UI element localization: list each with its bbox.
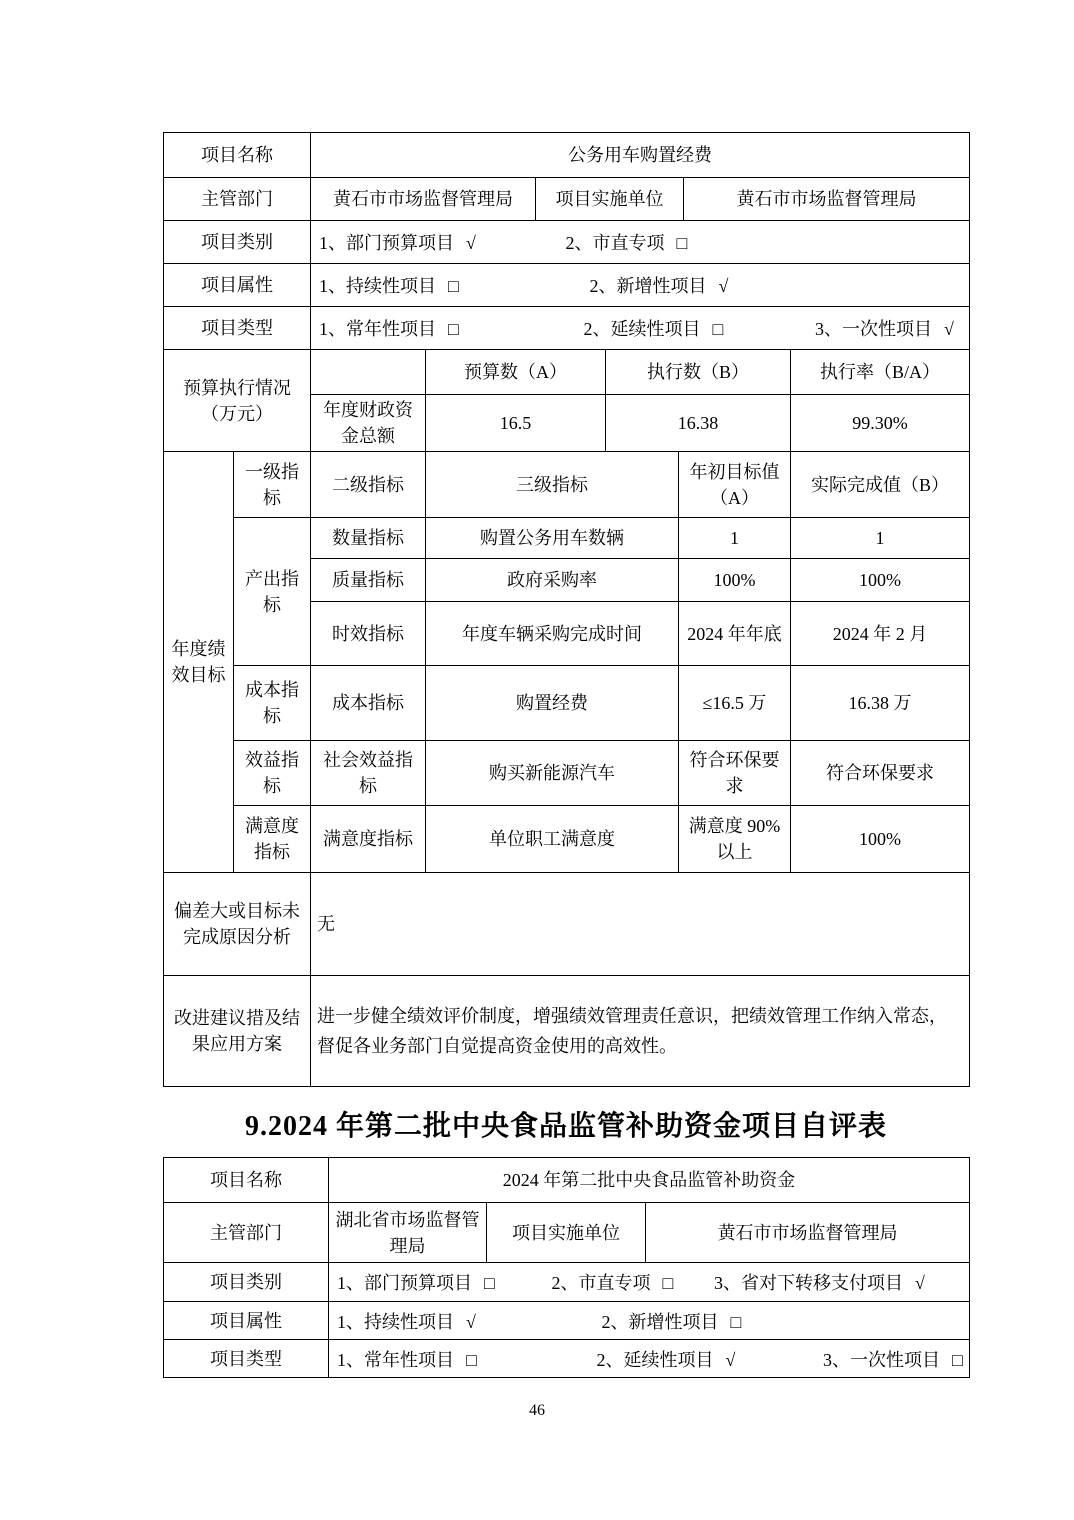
checkbox-option: 1、部门预算项目□ bbox=[337, 1270, 547, 1296]
indicator-actual: 16.38 万 bbox=[791, 666, 970, 741]
option-label: 3、省对下转移支付项目 bbox=[714, 1273, 903, 1293]
project-name-value: 2024 年第二批中央食品监管补助资金 bbox=[329, 1158, 970, 1203]
checkbox-mark: □ bbox=[952, 1350, 963, 1370]
table-row: 年度绩效目标 一级指标 二级指标 三级指标 年初目标值（A） 实际完成值（B） bbox=[164, 452, 970, 518]
performance-group-label: 年度绩效目标 bbox=[164, 452, 234, 873]
option-label: 2、新增性项目 bbox=[590, 276, 707, 296]
indicator-level3: 购买新能源汽车 bbox=[426, 741, 679, 806]
indicator-target: ≤16.5 万 bbox=[679, 666, 791, 741]
option-label: 2、延续性项目 bbox=[584, 319, 701, 339]
budget-col-header: 执行率（B/A） bbox=[791, 350, 970, 395]
checkbox-mark: □ bbox=[484, 1273, 495, 1293]
option-label: 2、延续性项目 bbox=[597, 1350, 714, 1370]
indicator-target: 2024 年年底 bbox=[679, 602, 791, 666]
indicator-level3: 购置经费 bbox=[426, 666, 679, 741]
indicator-target: 1 bbox=[679, 518, 791, 559]
execution-rate: 99.30% bbox=[791, 395, 970, 452]
type-options-cell: 1、常年性项目□ 2、延续性项目√ 3、一次性项目□ bbox=[329, 1340, 970, 1378]
executed-value: 16.38 bbox=[606, 395, 791, 452]
budget-value: 16.5 bbox=[426, 395, 606, 452]
checkbox-option: 3、省对下转移支付项目√ bbox=[714, 1270, 925, 1296]
dept-label: 主管部门 bbox=[164, 1203, 329, 1263]
indicator-level1: 满意度指标 bbox=[234, 806, 311, 873]
indicator-level3: 年度车辆采购完成时间 bbox=[426, 602, 679, 666]
option-label: 1、持续性项目 bbox=[319, 276, 436, 296]
option-label: 1、部门预算项目 bbox=[319, 233, 454, 253]
header-target: 年初目标值（A） bbox=[679, 452, 791, 518]
attribute-label: 项目属性 bbox=[164, 1302, 329, 1340]
header-level3: 三级指标 bbox=[426, 452, 679, 518]
option-label: 1、部门预算项目 bbox=[337, 1273, 472, 1293]
table-row: 项目类别 1、部门预算项目□ 2、市直专项□ 3、省对下转移支付项目√ bbox=[164, 1263, 970, 1302]
impl-unit-label: 项目实施单位 bbox=[487, 1203, 646, 1263]
checkbox-option: 2、延续性项目√ bbox=[597, 1347, 819, 1373]
checkbox-mark: √ bbox=[466, 1312, 476, 1332]
indicator-level2: 满意度指标 bbox=[311, 806, 426, 873]
budget-empty-cell bbox=[311, 350, 426, 395]
checkbox-option: 2、延续性项目□ bbox=[584, 316, 811, 342]
checkbox-option: 1、常年性项目□ bbox=[319, 316, 579, 342]
impl-unit-value: 黄石市市场监督管理局 bbox=[684, 178, 970, 221]
category-label: 项目类别 bbox=[164, 1263, 329, 1302]
budget-col-header: 执行数（B） bbox=[606, 350, 791, 395]
checkbox-option: 1、持续性项目√ bbox=[337, 1309, 597, 1335]
checkbox-mark: □ bbox=[663, 1273, 674, 1293]
indicator-level3: 单位职工满意度 bbox=[426, 806, 679, 873]
dept-label: 主管部门 bbox=[164, 178, 311, 221]
table1-budget-section: 预算执行情况（万元） 预算数（A） 执行数（B） 执行率（B/A） 年度财政资金… bbox=[163, 349, 970, 452]
checkbox-mark: □ bbox=[466, 1350, 477, 1370]
checkbox-option: 1、持续性项目□ bbox=[319, 273, 585, 299]
table-row: 项目类型 1、常年性项目□ 2、延续性项目□ 3、一次性项目√ bbox=[164, 307, 970, 350]
impl-unit-value: 黄石市市场监督管理局 bbox=[646, 1203, 970, 1263]
indicator-actual: 2024 年 2 月 bbox=[791, 602, 970, 666]
option-label: 1、常年性项目 bbox=[319, 319, 436, 339]
table1-analysis-section: 偏差大或目标未完成原因分析 无 改进建议措及结果应用方案 进一步健全绩效评价制度… bbox=[163, 872, 970, 1087]
budget-col-header: 预算数（A） bbox=[426, 350, 606, 395]
table-row: 主管部门 湖北省市场监督管理局 项目实施单位 黄石市市场监督管理局 bbox=[164, 1203, 970, 1263]
checkbox-mark: √ bbox=[719, 276, 729, 296]
header-level2: 二级指标 bbox=[311, 452, 426, 518]
table1-performance-section: 年度绩效目标 一级指标 二级指标 三级指标 年初目标值（A） 实际完成值（B） … bbox=[163, 451, 970, 873]
option-label: 2、市直专项 bbox=[566, 233, 665, 253]
project-name-label: 项目名称 bbox=[164, 1158, 329, 1203]
option-label: 2、市直专项 bbox=[552, 1273, 651, 1293]
checkbox-mark: √ bbox=[944, 319, 954, 339]
checkbox-option: 1、常年性项目□ bbox=[337, 1347, 592, 1373]
indicator-actual: 100% bbox=[791, 559, 970, 602]
checkbox-mark: □ bbox=[677, 233, 688, 253]
header-actual: 实际完成值（B） bbox=[791, 452, 970, 518]
checkbox-option: 2、市直专项□ bbox=[566, 230, 688, 256]
option-label: 2、新增性项目 bbox=[602, 1312, 719, 1332]
indicator-target: 满意度 90%以上 bbox=[679, 806, 791, 873]
indicator-level2: 数量指标 bbox=[311, 518, 426, 559]
improvement-value: 进一步健全绩效评价制度，增强绩效管理责任意识，把绩效管理工作纳入常态，督促各业务… bbox=[311, 976, 970, 1087]
table-row: 项目类别 1、部门预算项目√ 2、市直专项□ bbox=[164, 221, 970, 264]
table-row: 项目属性 1、持续性项目□ 2、新增性项目√ bbox=[164, 264, 970, 307]
attribute-label: 项目属性 bbox=[164, 264, 311, 307]
section-heading: 9.2024 年第二批中央食品监管补助资金项目自评表 bbox=[163, 1104, 969, 1144]
project-name-label: 项目名称 bbox=[164, 133, 311, 178]
attribute-options-cell: 1、持续性项目□ 2、新增性项目√ bbox=[311, 264, 970, 307]
dept-value: 湖北省市场监督管理局 bbox=[329, 1203, 487, 1263]
checkbox-option: 2、市直专项□ bbox=[552, 1270, 710, 1296]
type-options-cell: 1、常年性项目□ 2、延续性项目□ 3、一次性项目√ bbox=[311, 307, 970, 350]
category-options-cell: 1、部门预算项目□ 2、市直专项□ 3、省对下转移支付项目√ bbox=[329, 1263, 970, 1302]
indicator-actual: 100% bbox=[791, 806, 970, 873]
indicator-level1: 产出指标 bbox=[234, 518, 311, 666]
indicator-level2: 社会效益指标 bbox=[311, 741, 426, 806]
checkbox-mark: √ bbox=[726, 1350, 736, 1370]
indicator-level1: 效益指标 bbox=[234, 741, 311, 806]
table-row: 偏差大或目标未完成原因分析 无 bbox=[164, 873, 970, 976]
indicator-actual: 1 bbox=[791, 518, 970, 559]
improvement-label: 改进建议措及结果应用方案 bbox=[164, 976, 311, 1087]
table1-info-section: 项目名称 公务用车购置经费 主管部门 黄石市市场监督管理局 项目实施单位 黄石市… bbox=[163, 132, 970, 350]
table-row: 项目名称 公务用车购置经费 bbox=[164, 133, 970, 178]
checkbox-mark: □ bbox=[713, 319, 724, 339]
header-level1: 一级指标 bbox=[234, 452, 311, 518]
budget-section-label: 预算执行情况（万元） bbox=[164, 350, 311, 452]
document-content: 项目名称 公务用车购置经费 主管部门 黄石市市场监督管理局 项目实施单位 黄石市… bbox=[163, 132, 969, 1378]
attribute-options-cell: 1、持续性项目√ 2、新增性项目□ bbox=[329, 1302, 970, 1340]
deviation-value: 无 bbox=[311, 873, 970, 976]
table-row: 满意度指标 满意度指标 单位职工满意度 满意度 90%以上 100% bbox=[164, 806, 970, 873]
option-label: 3、一次性项目 bbox=[823, 1350, 940, 1370]
checkbox-option: 3、一次性项目√ bbox=[815, 316, 954, 342]
category-label: 项目类别 bbox=[164, 221, 311, 264]
table-row: 主管部门 黄石市市场监督管理局 项目实施单位 黄石市市场监督管理局 bbox=[164, 178, 970, 221]
table-row: 预算执行情况（万元） 预算数（A） 执行数（B） 执行率（B/A） bbox=[164, 350, 970, 395]
table-row: 成本指标 成本指标 购置经费 ≤16.5 万 16.38 万 bbox=[164, 666, 970, 741]
indicator-level2: 质量指标 bbox=[311, 559, 426, 602]
project-name-value: 公务用车购置经费 bbox=[311, 133, 970, 178]
checkbox-option: 2、新增性项目□ bbox=[602, 1309, 742, 1335]
impl-unit-label: 项目实施单位 bbox=[536, 178, 684, 221]
table-row: 项目类型 1、常年性项目□ 2、延续性项目√ 3、一次性项目□ bbox=[164, 1340, 970, 1378]
table-row: 项目名称 2024 年第二批中央食品监管补助资金 bbox=[164, 1158, 970, 1203]
indicator-target: 符合环保要求 bbox=[679, 741, 791, 806]
page-number: 46 bbox=[0, 1402, 1074, 1420]
checkbox-mark: √ bbox=[915, 1273, 925, 1293]
checkbox-option: 3、一次性项目□ bbox=[823, 1347, 963, 1373]
type-label: 项目类型 bbox=[164, 1340, 329, 1378]
checkbox-option: 2、新增性项目√ bbox=[590, 273, 729, 299]
category-options-cell: 1、部门预算项目√ 2、市直专项□ bbox=[311, 221, 970, 264]
table-row: 改进建议措及结果应用方案 进一步健全绩效评价制度，增强绩效管理责任意识，把绩效管… bbox=[164, 976, 970, 1087]
checkbox-mark: □ bbox=[448, 276, 459, 296]
deviation-label: 偏差大或目标未完成原因分析 bbox=[164, 873, 311, 976]
checkbox-mark: □ bbox=[448, 319, 459, 339]
indicator-level1: 成本指标 bbox=[234, 666, 311, 741]
option-label: 3、一次性项目 bbox=[815, 319, 932, 339]
budget-row-label: 年度财政资金总额 bbox=[311, 395, 426, 452]
indicator-level2: 成本指标 bbox=[311, 666, 426, 741]
indicator-target: 100% bbox=[679, 559, 791, 602]
checkbox-mark: □ bbox=[731, 1312, 742, 1332]
indicator-actual: 符合环保要求 bbox=[791, 741, 970, 806]
option-label: 1、常年性项目 bbox=[337, 1350, 454, 1370]
option-label: 1、持续性项目 bbox=[337, 1312, 454, 1332]
checkbox-mark: √ bbox=[466, 233, 476, 253]
table-row: 产出指标 数量指标 购置公务用车数辆 1 1 bbox=[164, 518, 970, 559]
indicator-level3: 政府采购率 bbox=[426, 559, 679, 602]
checkbox-option: 1、部门预算项目√ bbox=[319, 230, 561, 256]
table-row: 效益指标 社会效益指标 购买新能源汽车 符合环保要求 符合环保要求 bbox=[164, 741, 970, 806]
dept-value: 黄石市市场监督管理局 bbox=[311, 178, 536, 221]
table-row: 项目属性 1、持续性项目√ 2、新增性项目□ bbox=[164, 1302, 970, 1340]
type-label: 项目类型 bbox=[164, 307, 311, 350]
indicator-level3: 购置公务用车数辆 bbox=[426, 518, 679, 559]
indicator-level2: 时效指标 bbox=[311, 602, 426, 666]
table2-info-section: 项目名称 2024 年第二批中央食品监管补助资金 主管部门 湖北省市场监督管理局… bbox=[163, 1157, 970, 1378]
